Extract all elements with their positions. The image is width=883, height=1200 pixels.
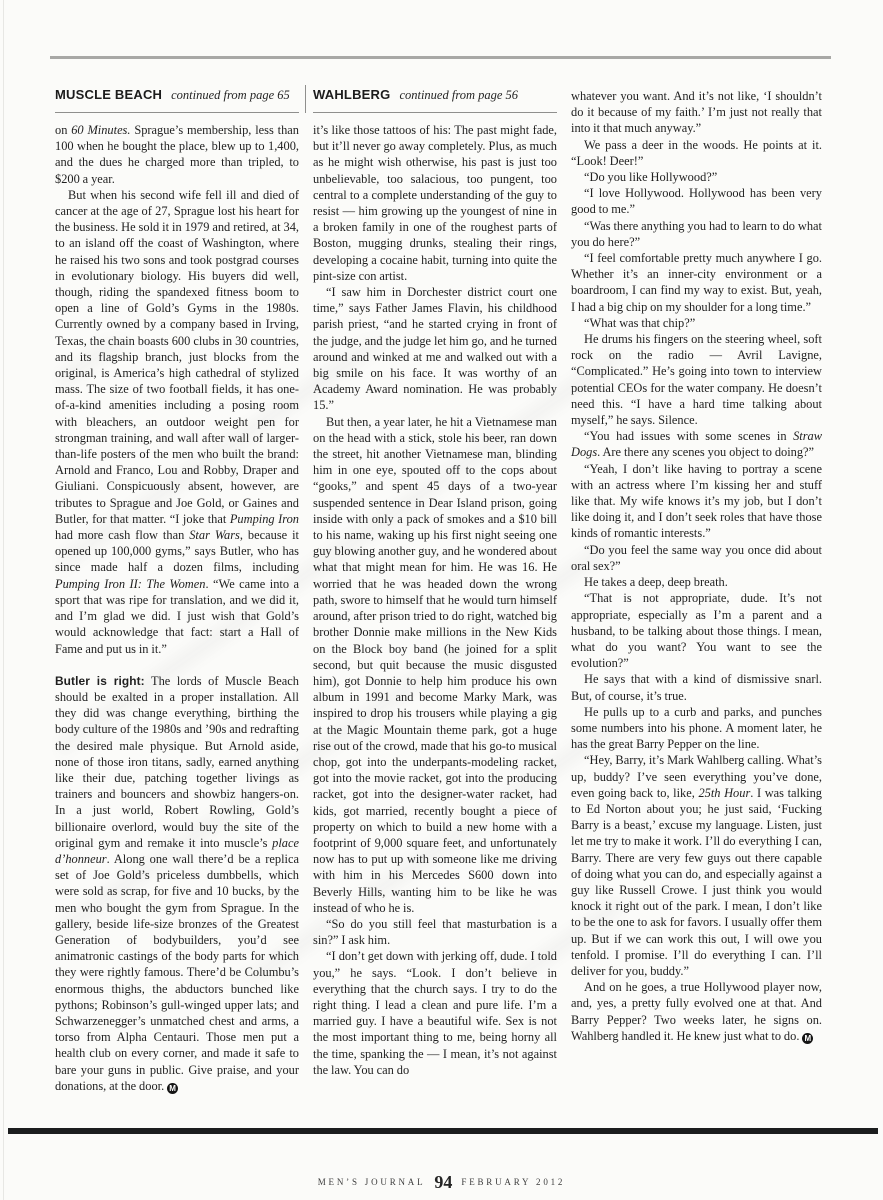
continued-from-label: continued from page 65	[171, 88, 290, 102]
text-segment: “I saw him in Dorchester district court …	[313, 285, 557, 412]
top-rule	[50, 56, 831, 59]
paragraph: And on he goes, a true Hollywood player …	[571, 979, 822, 1044]
paragraph: But then, a year later, he hit a Vietnam…	[313, 414, 557, 916]
paragraph: “That is not appropriate, dude. It’s not…	[571, 590, 822, 671]
paragraph: But when his second wife fell ill and di…	[55, 187, 299, 657]
paragraph: “I love Hollywood. Hollywood has been ve…	[571, 185, 822, 217]
article-header-wahlberg: WAHLBERG continued from page 56	[313, 86, 557, 113]
end-of-article-mark: M	[167, 1083, 178, 1094]
paragraph: “I saw him in Dorchester district court …	[313, 284, 557, 414]
text-segment: And on he goes, a true Hollywood player …	[571, 980, 822, 1043]
article-body-wahlberg: it’s like those tattoos of his: The past…	[313, 122, 557, 1078]
magazine-page: MUSCLE BEACH continued from page 65 on 6…	[0, 0, 883, 1200]
text-segment: whatever you want. And it’s not like, ‘I…	[571, 89, 822, 135]
article-title: WAHLBERG	[313, 87, 390, 102]
column-wahlberg: WAHLBERG continued from page 56 it’s lik…	[313, 86, 557, 1094]
paragraph: “You had issues with some scenes in Stra…	[571, 428, 822, 460]
text-segment: The lords of Muscle Beach should be exal…	[55, 674, 299, 850]
text-segment: He takes a deep, deep breath.	[584, 575, 728, 589]
text-segment: “Was there anything you had to learn to …	[571, 219, 822, 249]
paragraph: “Hey, Barry, it’s Mark Wahlberg calling.…	[571, 752, 822, 979]
paragraph: it’s like those tattoos of his: The past…	[313, 122, 557, 284]
paragraph: He pulls up to a curb and parks, and pun…	[571, 704, 822, 753]
text-segment: “That is not appropriate, dude. It’s not…	[571, 591, 822, 670]
text-segment: it’s like those tattoos of his: The past…	[313, 123, 557, 283]
text-segment: Pumping Iron	[230, 512, 299, 526]
page-footer: MEN’S JOURNAL94FEBRUARY 2012	[0, 1172, 883, 1193]
paragraph: “I don’t get down with jerking off, dude…	[313, 948, 557, 1078]
text-segment: “Do you feel the same way you once did a…	[571, 543, 822, 573]
text-segment: But then, a year later, he hit a Vietnam…	[313, 415, 557, 915]
text-segment: “I love Hollywood. Hollywood has been ve…	[571, 186, 822, 216]
column-wahlberg-continued: whatever you want. And it’s not like, ‘I…	[571, 86, 822, 1094]
issue-date: FEBRUARY 2012	[461, 1177, 565, 1187]
header-divider	[305, 85, 306, 113]
text-segment: . Are there any scenes you object to doi…	[597, 445, 814, 459]
text-segment: We pass a deer in the woods. He points a…	[571, 138, 822, 168]
paragraph: whatever you want. And it’s not like, ‘I…	[571, 88, 822, 137]
text-segment: . I was talking to Ed Norton about you; …	[571, 786, 822, 978]
text-segment: Pumping Iron II: The Women	[55, 577, 205, 591]
article-body-muscle-beach: on 60 Minutes. Sprague’s membership, les…	[55, 122, 299, 1094]
text-segment: “Yeah, I don’t like having to portray a …	[571, 462, 822, 541]
text-segment: “So do you still feel that masturbation …	[313, 917, 557, 947]
text-segment: He pulls up to a curb and parks, and pun…	[571, 705, 822, 751]
text-segment: He says that with a kind of dismissive s…	[571, 672, 822, 702]
paragraph: He says that with a kind of dismissive s…	[571, 671, 822, 703]
paragraph: “I feel comfortable pretty much anywhere…	[571, 250, 822, 315]
paragraph: We pass a deer in the woods. He points a…	[571, 137, 822, 169]
paragraph: “What was that chip?”	[571, 315, 822, 331]
text-segment: “Do you like Hollywood?”	[584, 170, 717, 184]
paragraph: “Yeah, I don’t like having to portray a …	[571, 461, 822, 542]
text-segment: on	[55, 123, 71, 137]
bottom-rule	[8, 1128, 878, 1134]
paragraph: “Do you like Hollywood?”	[571, 169, 822, 185]
text-segment: But when his second wife fell ill and di…	[55, 188, 299, 526]
paragraph: “So do you still feel that masturbation …	[313, 916, 557, 948]
paragraph: on 60 Minutes. Sprague’s membership, les…	[55, 122, 299, 187]
text-segment: . Along one wall there’d be a replica se…	[55, 852, 299, 1093]
text-segment: had more cash flow than	[55, 528, 189, 542]
paragraph: “Was there anything you had to learn to …	[571, 218, 822, 250]
article-header-muscle-beach: MUSCLE BEACH continued from page 65	[55, 86, 299, 113]
text-segment: Star Wars	[189, 528, 240, 542]
article-columns: MUSCLE BEACH continued from page 65 on 6…	[55, 86, 822, 1094]
paragraph: Butler is right: The lords of Muscle Bea…	[55, 673, 299, 1094]
article-title: MUSCLE BEACH	[55, 87, 162, 102]
text-segment: 60 Minutes.	[71, 123, 130, 137]
paragraph: He takes a deep, deep breath.	[571, 574, 822, 590]
text-segment: “You had issues with some scenes in	[584, 429, 793, 443]
article-body-wahlberg-continued: whatever you want. And it’s not like, ‘I…	[571, 88, 822, 1044]
continued-from-label: continued from page 56	[399, 88, 518, 102]
page-edge-line	[3, 0, 4, 1200]
column-muscle-beach: MUSCLE BEACH continued from page 65 on 6…	[55, 86, 299, 1094]
text-segment: “I don’t get down with jerking off, dude…	[313, 949, 557, 1076]
text-segment: 25th Hour	[698, 786, 750, 800]
magazine-name: MEN’S JOURNAL	[318, 1177, 426, 1187]
paragraph: “Do you feel the same way you once did a…	[571, 542, 822, 574]
text-segment: “What was that chip?”	[584, 316, 695, 330]
text-segment: Butler is right:	[55, 674, 145, 688]
end-of-article-mark: M	[802, 1033, 813, 1044]
paragraph: He drums his fingers on the steering whe…	[571, 331, 822, 428]
text-segment: He drums his fingers on the steering whe…	[571, 332, 822, 427]
text-segment: “I feel comfortable pretty much anywhere…	[571, 251, 822, 314]
page-number: 94	[434, 1172, 452, 1192]
